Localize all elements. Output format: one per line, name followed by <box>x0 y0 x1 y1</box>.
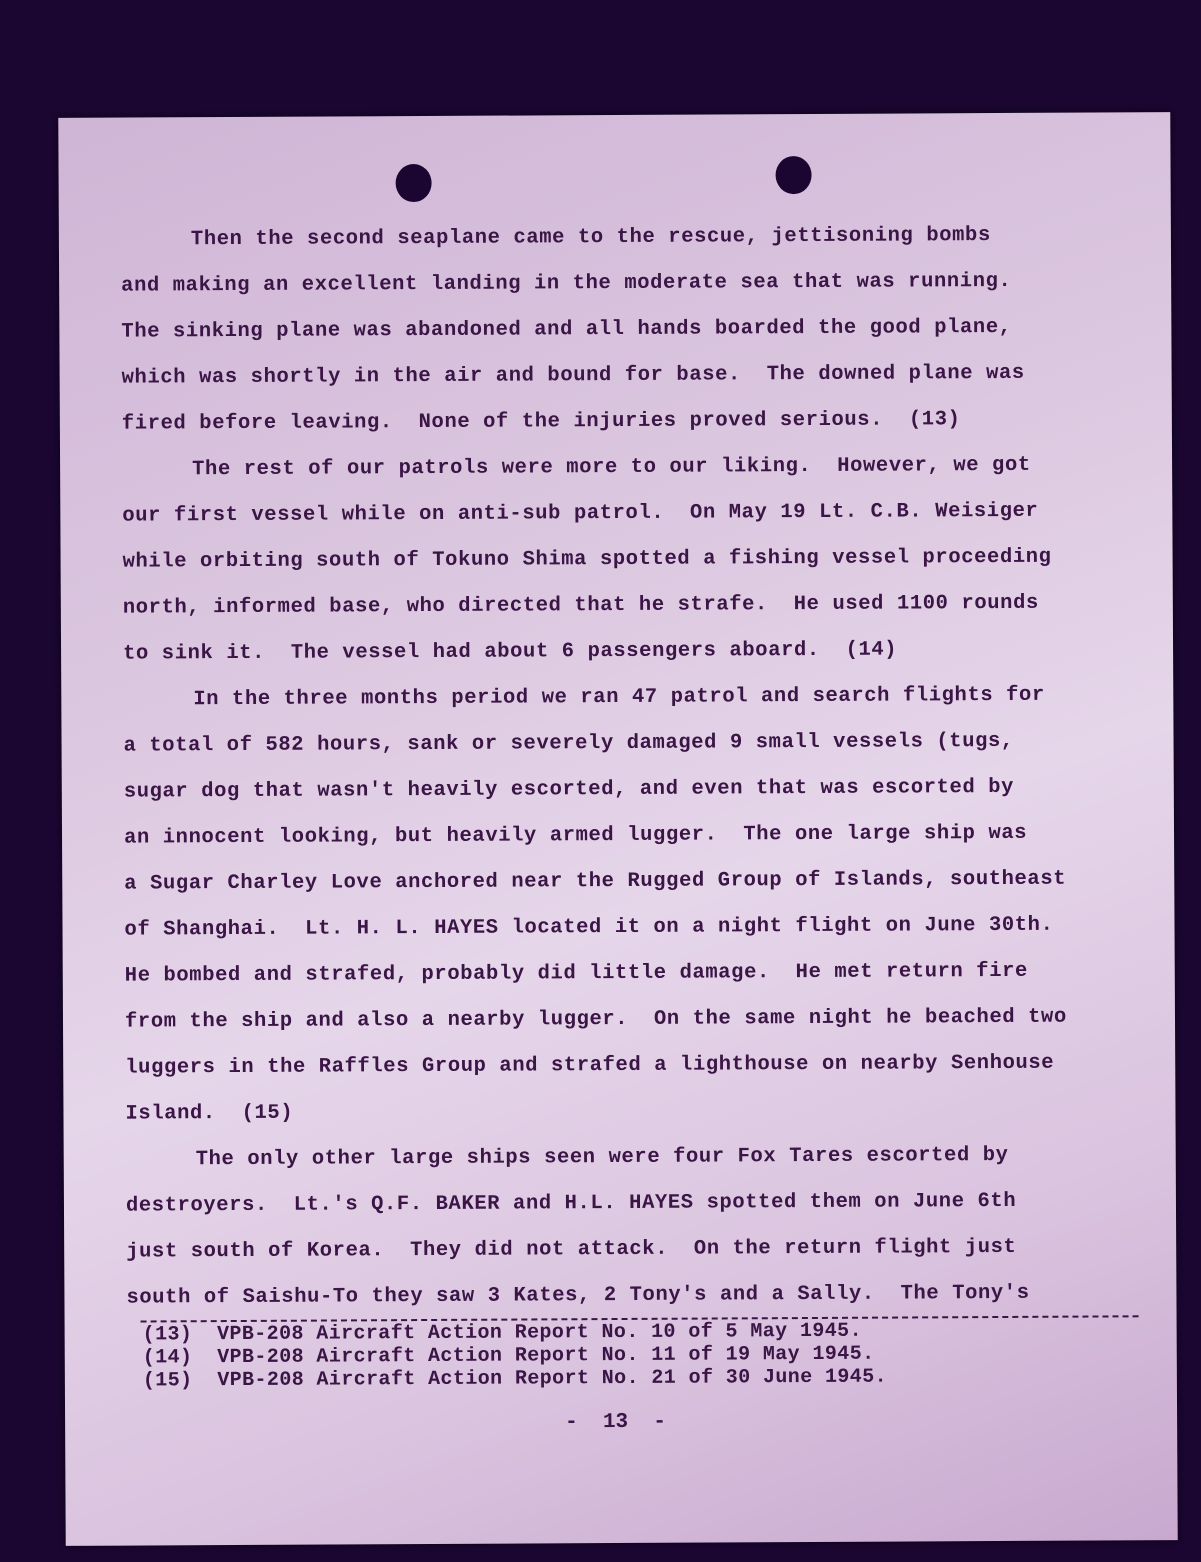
binder-hole-left <box>396 164 432 202</box>
text-line: north, informed base, who directed that … <box>123 580 1143 631</box>
text-line: which was shortly in the air and bound f… <box>122 350 1142 401</box>
text-line: an innocent looking, but heavily armed l… <box>124 810 1144 861</box>
text-line: The rest of our patrols were more to our… <box>122 442 1142 493</box>
text-line: He bombed and strafed, probably did litt… <box>125 948 1145 999</box>
text-line: The only other large ships seen were fou… <box>126 1132 1146 1183</box>
text-line: south of Saishu-To they saw 3 Kates, 2 T… <box>126 1270 1146 1321</box>
page-number: - 13 - <box>565 1411 666 1435</box>
text-line: luggers in the Raffles Group and strafed… <box>125 1040 1145 1091</box>
text-line: destroyers. Lt.'s Q.F. BAKER and H.L. HA… <box>126 1178 1146 1229</box>
text-line: Island. (15) <box>125 1086 1145 1137</box>
binder-hole-right <box>775 156 811 194</box>
text-line: a Sugar Charley Love anchored near the R… <box>124 856 1144 907</box>
body-text: Then the second seaplane came to the res… <box>121 212 1147 1321</box>
footnotes: (13) VPB-208 Aircraft Action Report No. … <box>143 1320 887 1393</box>
text-line: In the three months period we ran 47 pat… <box>123 672 1143 723</box>
text-line: a total of 582 hours, sank or severely d… <box>123 718 1143 769</box>
text-line: The sinking plane was abandoned and all … <box>121 304 1141 355</box>
text-line: and making an excellent landing in the m… <box>121 258 1141 309</box>
text-line: from the ship and also a nearby lugger. … <box>125 994 1145 1045</box>
text-line: Then the second seaplane came to the res… <box>121 212 1141 263</box>
text-line: fired before leaving. None of the injuri… <box>122 396 1142 447</box>
text-line: just south of Korea. They did not attack… <box>126 1224 1146 1275</box>
document-page: Then the second seaplane came to the res… <box>58 112 1177 1546</box>
text-line: sugar dog that wasn't heavily escorted, … <box>124 764 1144 815</box>
text-line: of Shanghai. Lt. H. L. HAYES located it … <box>124 902 1144 953</box>
text-line: to sink it. The vessel had about 6 passe… <box>123 626 1143 677</box>
footnote-15: (15) VPB-208 Aircraft Action Report No. … <box>143 1366 887 1393</box>
text-line: our first vessel while on anti-sub patro… <box>122 488 1142 539</box>
text-line: while orbiting south of Tokuno Shima spo… <box>122 534 1142 585</box>
